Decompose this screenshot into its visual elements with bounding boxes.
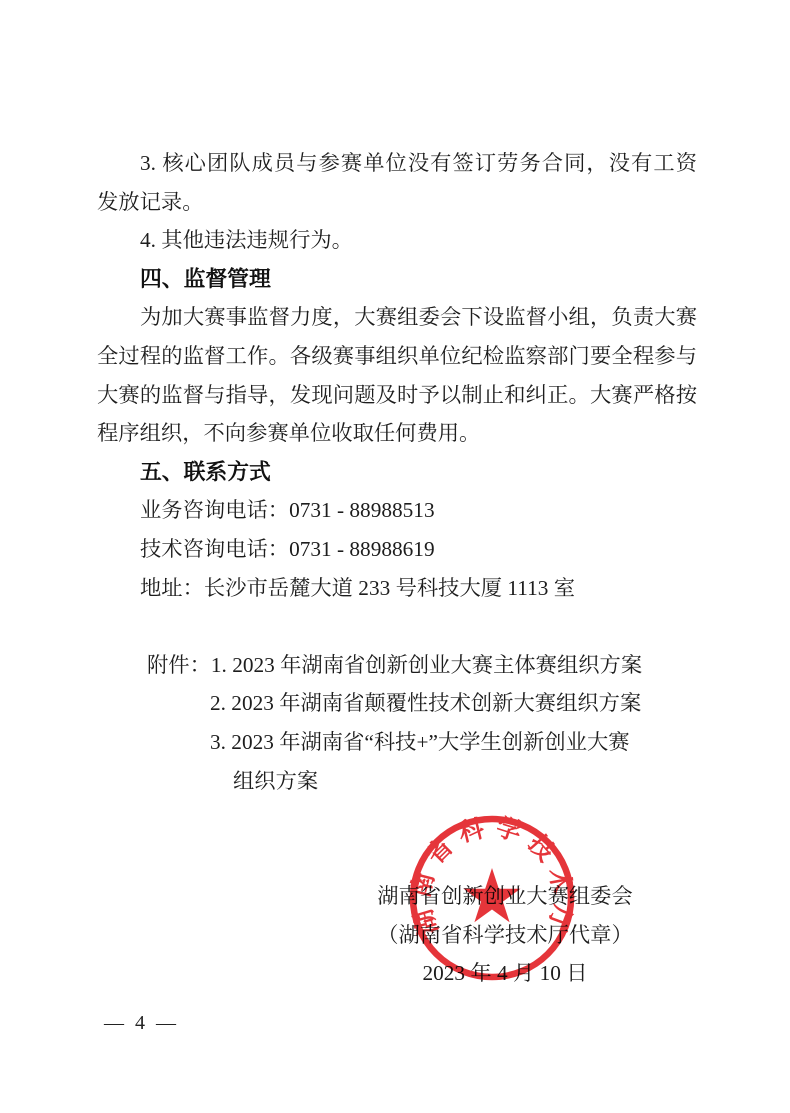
body-line: 大赛的监督与指导，发现问题及时予以制止和纠正。大赛严格按 [97, 376, 697, 415]
document-body: 3. 核心团队成员与参赛单位没有签订劳务合同，没有工资 发放记录。 4. 其他违… [97, 144, 697, 800]
official-seal: 湖南省科学技术厅 [404, 810, 580, 986]
attachment-line: 组织方案 [97, 762, 697, 801]
body-line: 为加大赛事监督力度，大赛组委会下设监督小组，负责大赛 [97, 298, 697, 337]
body-line: 全过程的监督工作。各级赛事组织单位纪检监察部门要全程参与 [97, 337, 697, 376]
page-number: — 4 — [104, 1012, 179, 1035]
body-line: 发放记录。 [97, 183, 697, 222]
contact-business-phone: 业务咨询电话：0731 - 88988513 [97, 491, 697, 530]
attachment-line: 2. 2023 年湖南省颠覆性技术创新大赛组织方案 [97, 684, 697, 723]
contact-tech-phone: 技术咨询电话：0731 - 88988619 [97, 530, 697, 569]
body-line: 4. 其他违法违规行为。 [97, 221, 697, 260]
heading-contact: 五、联系方式 [97, 453, 697, 492]
attachment-line: 附件：1. 2023 年湖南省创新创业大赛主体赛组织方案 [97, 646, 697, 685]
seal-star-icon [464, 868, 521, 922]
document-page: 3. 核心团队成员与参赛单位没有签订劳务合同，没有工资 发放记录。 4. 其他违… [0, 0, 790, 1113]
body-line: 程序组织，不向参赛单位收取任何费用。 [97, 414, 697, 453]
spacer [97, 607, 697, 646]
contact-address: 地址：长沙市岳麓大道 233 号科技大厦 1113 室 [97, 569, 697, 608]
body-line: 3. 核心团队成员与参赛单位没有签订劳务合同，没有工资 [97, 144, 697, 183]
attachment-line: 3. 2023 年湖南省“科技+”大学生创新创业大赛 [97, 723, 697, 762]
heading-supervision: 四、监督管理 [97, 260, 697, 299]
